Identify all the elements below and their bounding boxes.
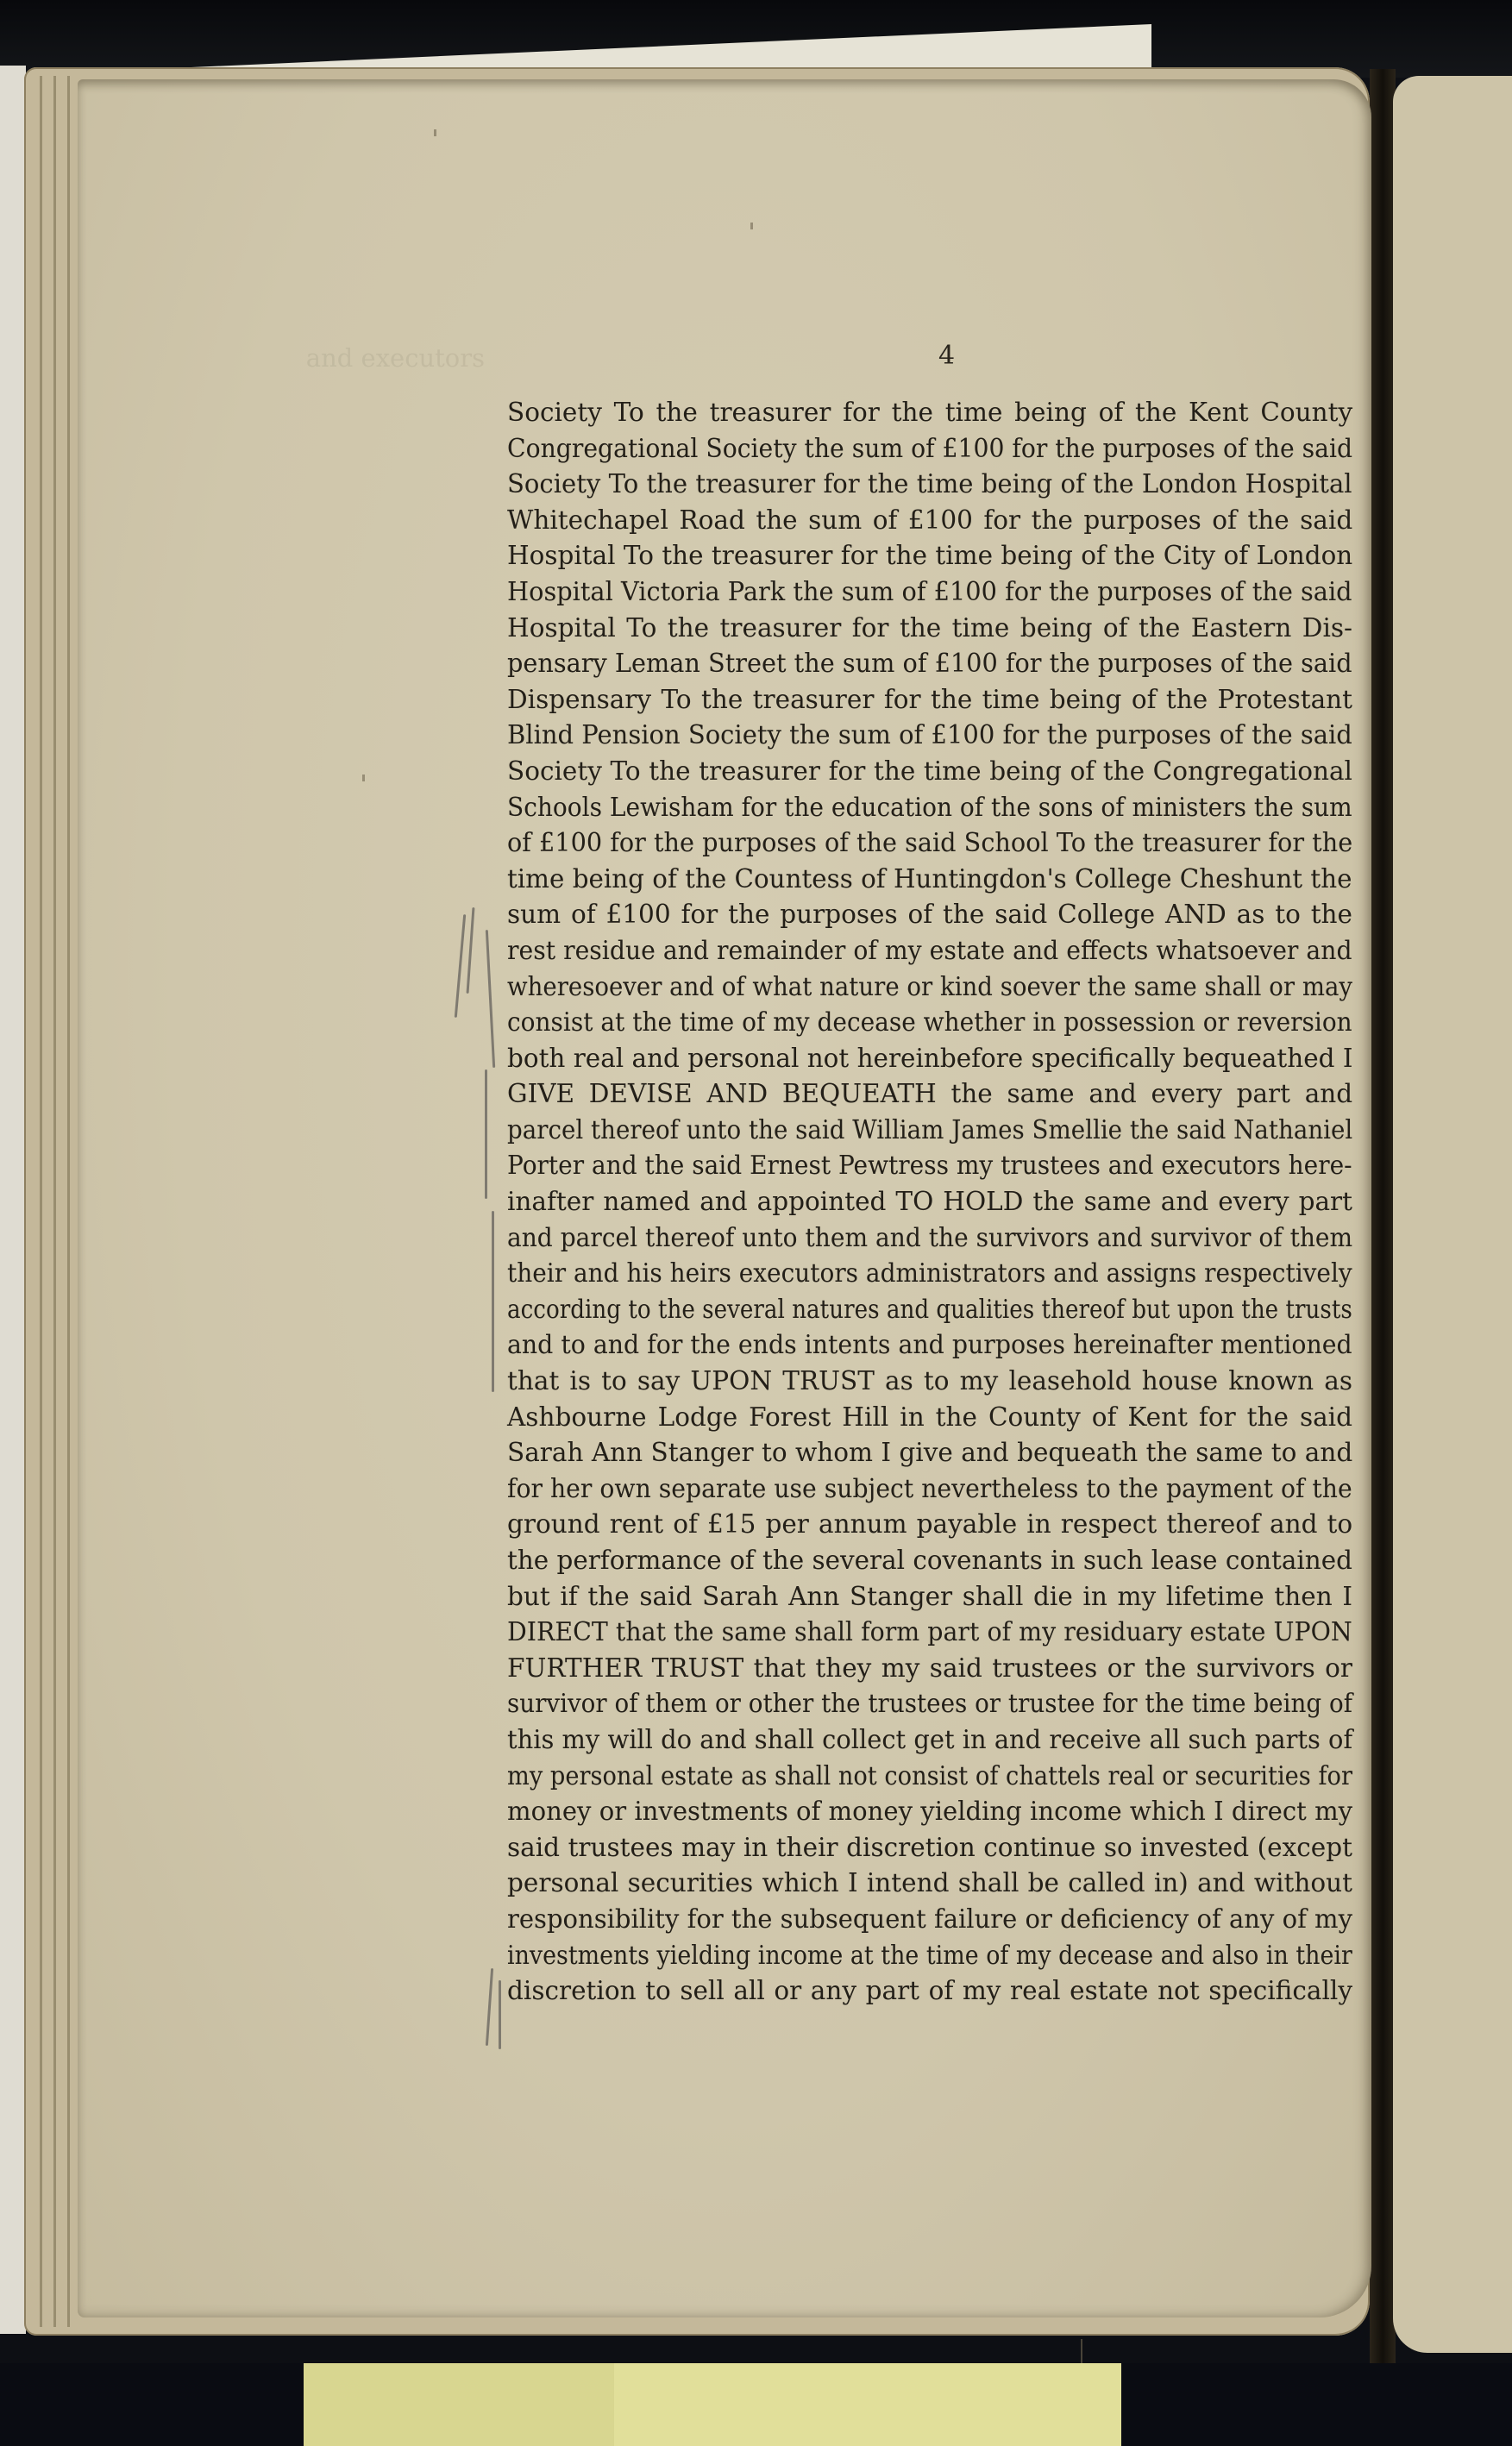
text-line: Dispensary To the treasurer for the time… (507, 682, 1352, 718)
text-line: parcel thereof unto the said William Jam… (507, 1113, 1301, 1149)
text-line: investments yielding income at the time … (507, 1938, 1277, 1974)
text-line: according to the several natures and qua… (507, 1292, 1258, 1328)
facing-page-edge (1393, 76, 1512, 2353)
yellow-paper-tab (304, 2363, 1121, 2446)
text-line: FURTHER TRUST that they my said trustees… (507, 1651, 1352, 1687)
text-line: rest residue and remainder of my estate … (507, 933, 1317, 969)
text-line: Hospital To the treasurer for the time b… (507, 611, 1352, 647)
text-line: their and his heirs executors administra… (507, 1256, 1308, 1292)
page-edge-line (40, 76, 42, 2327)
will-body-text: Society To the treasurer for the time be… (507, 395, 1352, 2010)
text-line: this my will do and shall collect get in… (507, 1722, 1335, 1759)
text-line: sum of £100 for the purposes of the said… (507, 897, 1352, 933)
text-line: that is to say UPON TRUST as to my lease… (507, 1364, 1352, 1400)
pencil-margin-mark (499, 1980, 501, 2049)
text-line: GIVE DEVISE AND BEQUEATH the same and ev… (507, 1076, 1352, 1113)
paper-tear (1081, 2339, 1082, 2365)
text-line: for her own separate use subject neverth… (507, 1471, 1317, 1508)
text-line: of £100 for the purposes of the said Sch… (507, 825, 1330, 862)
text-line: money or investments of money yielding i… (507, 1794, 1340, 1830)
text-line: said trustees may in their discretion co… (507, 1830, 1352, 1866)
text-line: pensary Leman Street the sum of £100 for… (507, 646, 1331, 682)
text-line: Hospital To the treasurer for the time b… (507, 538, 1351, 574)
text-line: but if the said Sarah Ann Stanger shall … (507, 1579, 1352, 1615)
paper-speck (750, 223, 753, 229)
page-edge-line (67, 76, 70, 2327)
book-gutter (1370, 69, 1396, 2398)
pencil-margin-mark (492, 1211, 494, 1392)
text-line: DIRECT that the same shall form part of … (507, 1615, 1321, 1651)
text-line: Society To the treasurer for the time be… (507, 395, 1352, 431)
bleed-through-text: and executors (191, 341, 485, 2238)
text-line: and parcel thereof unto them and the sur… (507, 1220, 1311, 1257)
text-line: personal securities which I intend shall… (507, 1866, 1352, 1902)
text-line: my personal estate as shall not consist … (507, 1759, 1288, 1795)
text-line: Society To the treasurer for the time be… (507, 754, 1352, 790)
text-line: and to and for the ends intents and purp… (507, 1327, 1320, 1364)
text-line: Sarah Ann Stanger to whom I give and beq… (507, 1435, 1352, 1471)
text-line: time being of the Countess of Huntingdon… (507, 862, 1348, 898)
page-number: 4 (938, 341, 955, 371)
text-line: wheresoever and of what nature or kind s… (507, 969, 1297, 1006)
text-line: Hospital Victoria Park the sum of £100 f… (507, 574, 1333, 611)
left-paper-slip (0, 66, 26, 2334)
text-line: discretion to sell all or any part of my… (507, 1973, 1352, 2010)
text-line: inafter named and appointed TO HOLD the … (507, 1184, 1352, 1220)
text-line: the performance of the several covenants… (507, 1543, 1350, 1579)
text-line: responsibility for the subsequent failur… (507, 1902, 1339, 1938)
text-line: ground rent of £15 per annum payable in … (507, 1507, 1352, 1543)
paper-speck (362, 775, 365, 781)
text-line: both real and personal not hereinbefore … (507, 1041, 1351, 1077)
bleed-fragment: and executors (191, 341, 485, 377)
text-line: Congregational Society the sum of £100 f… (507, 431, 1316, 467)
text-line: consist at the time of my decease whethe… (507, 1005, 1309, 1041)
text-line: survivor of them or other the trustees o… (507, 1686, 1303, 1722)
text-line: Schools Lewisham for the education of th… (507, 790, 1310, 826)
pencil-margin-mark (485, 1069, 487, 1199)
text-line: Whitechapel Road the sum of £100 for the… (507, 503, 1352, 539)
page-edge-line (53, 76, 56, 2327)
text-line: Blind Pension Society the sum of £100 fo… (507, 718, 1338, 754)
text-line: Ashbourne Lodge Forest Hill in the Count… (507, 1400, 1352, 1436)
text-line: Society To the treasurer for the time be… (507, 467, 1340, 503)
text-line: Porter and the said Ernest Pewtress my t… (507, 1148, 1309, 1184)
paper-speck (434, 129, 436, 136)
